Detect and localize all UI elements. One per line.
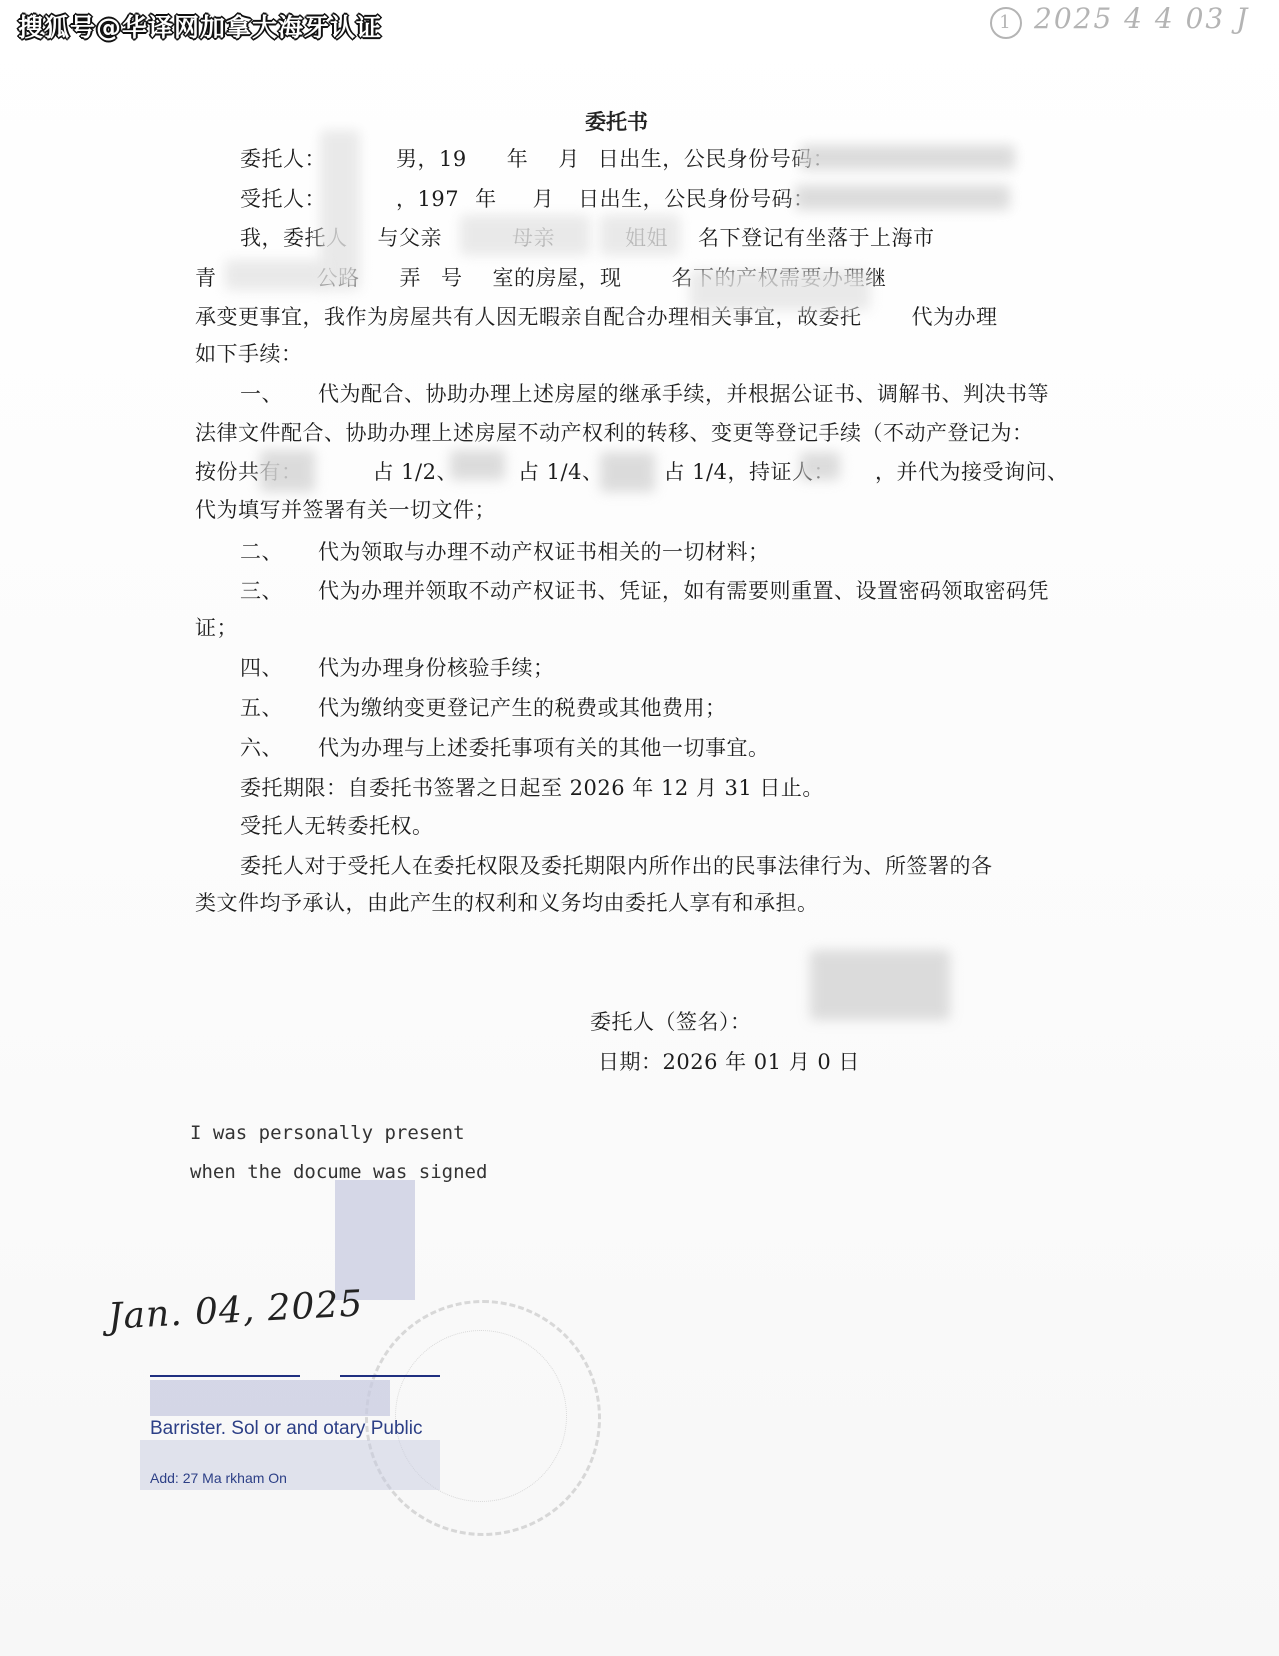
document-page: 搜狐号@华译网加拿大海牙认证 12025 4 4 03 J 委托书 委托人：男，…: [0, 0, 1279, 1656]
item-2: 二、代为领取与办理不动产权证书相关的一切材料；: [240, 536, 770, 566]
notary-statement-line-1: I was personally present: [190, 1122, 465, 1144]
redacted-id-agent: [795, 185, 1010, 210]
redaction-mark: [225, 260, 325, 290]
item-1-line-1: 一、代为配合、协助办理上述房屋的继承手续，并根据公证书、调解书、判决书等: [240, 378, 1049, 408]
item-5: 五、代为缴纳变更登记产生的税费或其他费用；: [240, 692, 727, 722]
document-title: 委托书: [585, 106, 648, 136]
signature-label: 委托人（签名）：: [590, 1006, 752, 1036]
redaction-mark: [450, 450, 505, 480]
paragraph-1-line-4: 如下手续：: [195, 338, 303, 368]
handwritten-date: Jan. 04, 2025: [107, 1283, 364, 1337]
watermark-text: 搜狐号@华译网加拿大海牙认证: [18, 8, 382, 44]
redacted-id-principal: [800, 145, 1015, 170]
handwritten-note: 12025 4 4 03 J: [990, 2, 1249, 39]
item-4: 四、代为办理身份核验手续；: [240, 652, 555, 682]
redaction-mark: [800, 452, 840, 480]
redaction-mark: [690, 270, 870, 310]
item-1-line-4: 代为填写并签署有关一切文件；: [195, 494, 496, 524]
acknowledgement-line-1: 委托人对于受托人在委托权限及委托期限内所作出的民事法律行为、所签署的各: [240, 850, 993, 880]
redacted-notary-name: [150, 1380, 390, 1416]
item-1-line-2: 法律文件配合、协助办理上述房屋不动产权利的转移、变更等登记手续（不动产登记为：: [195, 417, 1034, 447]
notary-address: Add: 27 Ma rkham On: [150, 1470, 287, 1486]
signature-line: [150, 1375, 300, 1377]
redaction-mark: [600, 215, 680, 255]
item-3: 三、代为办理并领取不动产权证书、凭证，如有需要则重置、设置密码领取密码凭: [240, 575, 1049, 605]
paragraph-1-line-3: 承变更事宜，我作为房屋共有人因无暇亲自配合办理相关事宜，故委托代为办理: [195, 301, 998, 331]
redaction-mark: [320, 130, 360, 290]
item-3-cont: 证；: [195, 612, 238, 642]
redacted-notary-signature: [335, 1180, 415, 1300]
redacted-signature: [810, 950, 950, 1020]
redaction-mark: [460, 215, 590, 255]
redaction-mark: [260, 450, 315, 492]
item-6: 六、代为办理与上述委托事项有关的其他一切事宜。: [240, 732, 770, 762]
redaction-mark: [600, 452, 655, 492]
circled-number: 1: [990, 7, 1022, 39]
handwritten-note-text: 2025 4 4 03 J: [1034, 2, 1249, 35]
term-clause: 委托期限：自委托书签署之日起至 2026 年 12 月 31 日止。: [240, 772, 824, 802]
notary-title: Barrister. Sol or and otary Public: [150, 1418, 422, 1440]
acknowledgement-line-2: 类文件均予承认，由此产生的权利和义务均由委托人享有和承担。: [195, 887, 819, 917]
signature-line: [340, 1375, 440, 1377]
no-subdelegation-clause: 受托人无转委托权。: [240, 810, 434, 840]
signature-date: 日期：2026 年 01 月 0 日: [598, 1046, 860, 1076]
